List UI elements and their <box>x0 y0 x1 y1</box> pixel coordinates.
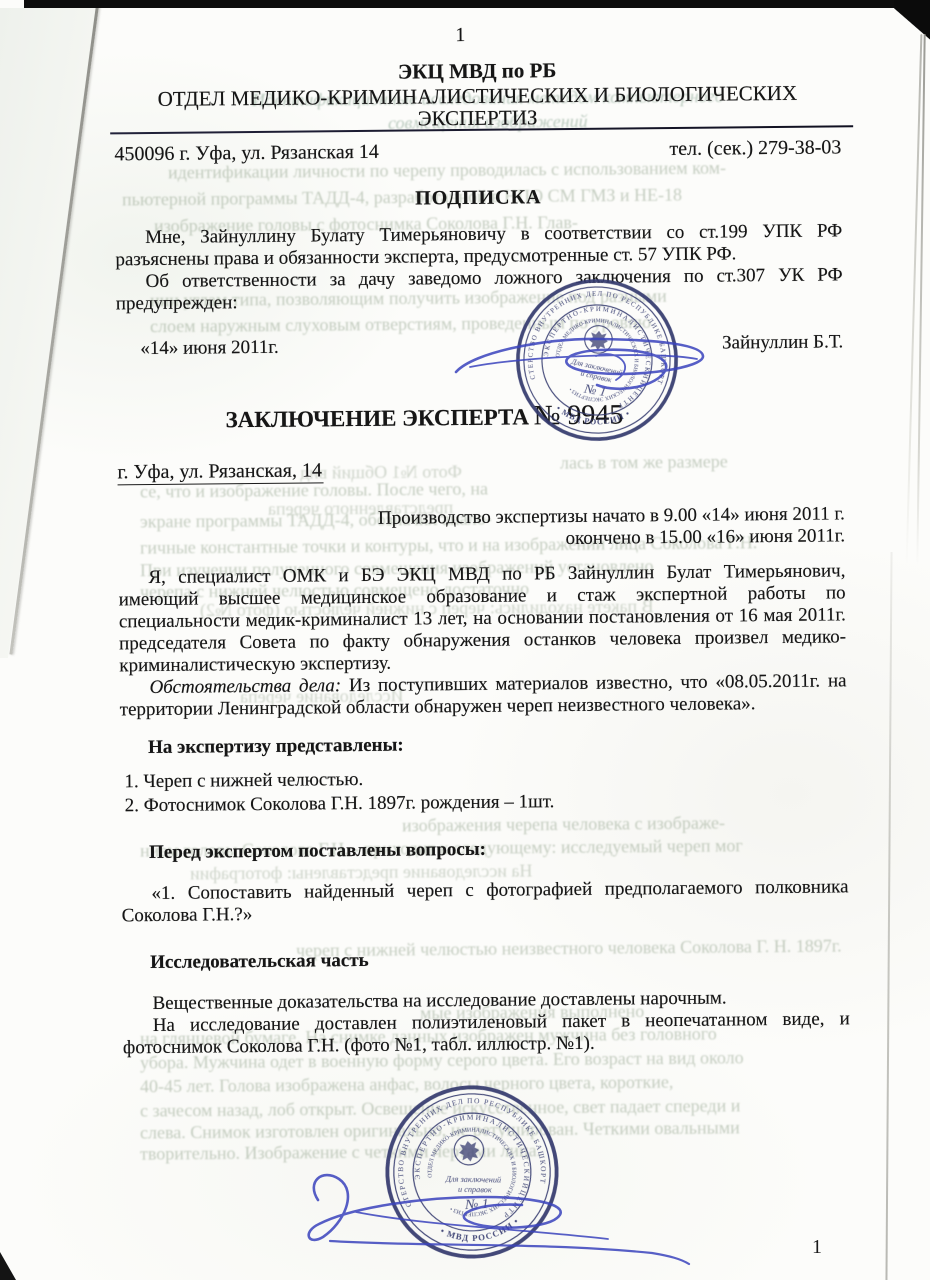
eagle-emblem-icon <box>588 330 608 351</box>
letterhead-address-row: 450096 г. Уфа, ул. Рязанская 14 тел. (се… <box>114 136 841 165</box>
date-signature-row: «14» июня 2011г. Зайнуллин Б.Т. <box>116 331 843 360</box>
scanned-document-page: Идентификационные исследования методом к… <box>0 0 930 1280</box>
org-name-line3-row: ЭКСПЕРТИЗ <box>114 103 841 136</box>
stamp-number: № 1 <box>464 1196 489 1212</box>
conclusion-address-row: г. Уфа, ул. Рязанская, 14 <box>117 454 844 485</box>
page-number-top: 1 <box>0 20 925 51</box>
page-number-bottom: 1 <box>812 1236 822 1259</box>
scanner-top-bar <box>24 0 930 8</box>
svg-text:• МВД РОССИИ •: • МВД РОССИИ • <box>438 1215 523 1248</box>
scanner-corner-bottom-left <box>0 1252 16 1280</box>
round-seal-stamp-upper: МИНИСТЕРСТВО ВНУТРЕННИХ ДЕЛ ПО РЕСПУБЛИК… <box>505 268 689 452</box>
round-seal-stamp-lower: МИНИСТЕРСТВО ВНУТРЕННИХ ДЕЛ ПО РЕСПУБЛИК… <box>368 1068 576 1276</box>
document-content: 1 ЭКЦ МВД по РБ ОТДЕЛ МЕДИКО-КРИМИНАЛИСТ… <box>0 0 930 1060</box>
org-phone: тел. (сек.) 279-38-03 <box>669 136 841 160</box>
circumstances-paragraph: Обстоятельства дела: Из поступивших мате… <box>119 670 846 721</box>
subscription-title: ПОДПИСКА <box>115 183 842 212</box>
conclusion-title: ЗАКЛЮЧЕНИЕ ЭКСПЕРТА <box>225 404 529 432</box>
expert-intro-paragraph: Я, специалист ОМК и БЭ ЭКЦ МВД по РБ Зай… <box>118 560 846 677</box>
subscription-paragraph-1: Мне, Зайнуллину Булату Тимерьяновичу в с… <box>115 220 842 271</box>
presented-heading: На экспертизу представлены: <box>120 730 847 759</box>
org-name-line3: ЭКСПЕРТИЗ <box>412 105 544 130</box>
questions-heading: Перед экспертом поставлены вопросы: <box>121 835 848 864</box>
text-column: ЭКЦ МВД по РБ ОТДЕЛ МЕДИКО-КРИМИНАЛИСТИЧ… <box>114 56 851 1059</box>
paper-stack-edges <box>894 34 928 564</box>
presented-item-2: 2. Фотоснимок Соколова Г.Н. 1897г. рожде… <box>121 788 848 817</box>
research-heading: Исследовательская часть <box>122 945 849 974</box>
signer-name: Зайнуллин Б.Т. <box>722 331 843 354</box>
subscription-paragraph-2: Об ответственности за дачу заведомо ложн… <box>116 264 843 315</box>
org-address: 450096 г. Уфа, ул. Рязанская 14 <box>114 141 379 166</box>
question-1: «1. Сопоставить найденный череп с фотогр… <box>121 876 848 927</box>
stamp-purpose-line1: Для заключений <box>445 1175 502 1185</box>
conclusion-address: г. Уфа, ул. Рязанская, 14 <box>117 459 324 485</box>
eagle-emblem-icon <box>458 1140 481 1163</box>
circumstances-label: Обстоятельства дела: <box>149 675 341 698</box>
stamp-purpose-line2: и справок <box>458 1185 492 1195</box>
subscription-date: «14» июня 2011г. <box>116 337 279 361</box>
research-paragraph-2: На исследование доставлен полиэтиленовый… <box>123 1008 850 1059</box>
stamp-ring-mvd-russia: • МВД РОССИИ • <box>438 1215 523 1248</box>
